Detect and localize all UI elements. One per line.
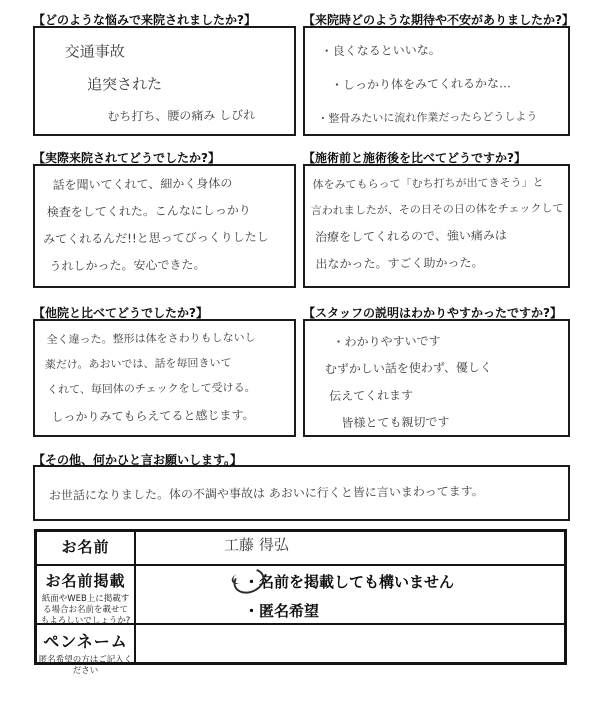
handwritten-line: うれしかった。安心できた。 (49, 258, 294, 273)
handwritten-line: ・しっかり体をみてくれるかな… (331, 77, 568, 91)
penname-row-label-cell: ペンネーム 匿名希望の方はご記入ください (37, 625, 136, 662)
handwritten-extra: お世話になりました。体の不調や事故は あおいに行くと皆に言いまわってます。 (35, 484, 568, 502)
handwritten-answer-2: ・良くなるといいな。 ・しっかり体をみてくれるかな… ・整骨みたいに流れ作業だっ… (305, 43, 569, 125)
question-box-4: 体をみてもらって「むち打ちが出てきそう」と 言われましたが、その日その日の体をチ… (303, 164, 570, 288)
handwritten-answer-1: 交通事故 追突された むち打ち、腰の痛み しびれ (35, 43, 295, 124)
handwritten-line: むずかしい話を使わず、優しく (325, 361, 568, 376)
handwritten-line: ・わかりやすいです (333, 334, 568, 348)
penname-row: ペンネーム 匿名希望の方はご記入ください (37, 623, 564, 662)
handwritten-line: くれて、毎回体のチェックをして受ける。 (47, 382, 294, 396)
handwritten-line: 検査をしてくれた。こんなにしっかり (47, 204, 294, 219)
handwritten-line: 体をみてもらって「むち打ちが出てきそう」と (313, 177, 568, 191)
handwritten-line: 話を聞いてくれて、細かく身体の (53, 177, 294, 192)
name-label: お名前 (37, 536, 134, 557)
publish-sublabel: 紙面やWEB上に掲載する場合お名前を載せてもよろしいでしょうか? (37, 594, 134, 627)
handwritten-answer-3: 話を聞いてくれて、細かく身体の 検査をしてくれた。こんなにしっかり みてくれるん… (35, 177, 295, 273)
handwritten-answer-5: 全く違った。整形は体をさわりもしないし 薬だけ。あおいでは、話を毎回きいて くれ… (35, 332, 295, 424)
hand-drawn-selection-circle (230, 564, 269, 598)
question-box-2: ・良くなるといいな。 ・しっかり体をみてくれるかな… ・整骨みたいに流れ作業だっ… (303, 26, 570, 136)
handwritten-line: みてくれるんだ!!と思ってびっくりしたし (43, 231, 294, 246)
handwritten-answer-4: 体をみてもらって「むち打ちが出てきそう」と 言われましたが、その日その日の体をチ… (305, 177, 569, 271)
option-allow-name: ・名前を掲載しても構いません (244, 571, 454, 592)
handwritten-line: 治療をしてくれるので、強い痛みは (315, 229, 568, 244)
publish-row-label-cell: お名前掲載 紙面やWEB上に掲載する場合お名前を載せてもよろしいでしょうか? (37, 566, 136, 623)
questionnaire-scan: 【どのような悩みで来院されましたか?】 交通事故 追突された むち打ち、腰の痛み… (0, 0, 600, 707)
penname-label: ペンネーム (37, 629, 134, 652)
question-box-1: 交通事故 追突された むち打ち、腰の痛み しびれ (33, 26, 296, 136)
name-table: お名前 工藤 得弘 お名前掲載 紙面やWEB上に掲載する場合お名前を載せてもよろ… (34, 529, 567, 665)
question-box-5: 全く違った。整形は体をさわりもしないし 薬だけ。あおいでは、話を毎回きいて くれ… (33, 319, 296, 437)
handwritten-line: 追突された (87, 76, 294, 93)
option-anonymous-label: ・匿名希望 (244, 602, 319, 620)
handwritten-line: 薬だけ。あおいでは、話を毎回きいて (45, 357, 294, 371)
handwritten-line: お世話になりました。体の不調や事故は あおいに行くと皆に言いまわってます。 (49, 484, 568, 501)
publish-options-cell: ・名前を掲載しても構いません ・匿名希望 (136, 566, 564, 623)
name-row: お名前 工藤 得弘 (37, 532, 564, 564)
handwritten-name: 工藤 得弘 (224, 538, 289, 554)
name-value-cell: 工藤 得弘 (136, 532, 564, 564)
handwritten-line: 言われましたが、その日その日の体をチェックして (311, 203, 568, 217)
handwritten-line: 伝えてくれます (329, 388, 568, 403)
handwritten-line: 出なかった。すごく助かった。 (315, 256, 568, 271)
handwritten-line: 交通事故 (65, 43, 294, 60)
handwritten-line: 皆様とても親切です (341, 415, 568, 429)
handwritten-line: 全く違った。整形は体をさわりもしないし (47, 332, 294, 346)
handwritten-line: ・整骨みたいに流れ作業だったらどうしよう (317, 111, 568, 125)
handwritten-line: むち打ち、腰の痛み しびれ (107, 109, 294, 123)
handwritten-line: ・良くなるといいな。 (321, 43, 568, 58)
handwritten-answer-6: ・わかりやすいです むずかしい話を使わず、優しく 伝えてくれます 皆様とても親切… (305, 334, 569, 430)
publish-row: お名前掲載 紙面やWEB上に掲載する場合お名前を載せてもよろしいでしょうか? ・… (37, 564, 564, 623)
name-row-label-cell: お名前 (37, 532, 136, 564)
question-box-3: 話を聞いてくれて、細かく身体の 検査をしてくれた。こんなにしっかり みてくれるん… (33, 164, 296, 288)
option-allow-name-label: ・名前を掲載しても構いません (244, 573, 454, 591)
option-anonymous: ・匿名希望 (244, 600, 319, 621)
penname-sublabel: 匿名希望の方はご記入ください (37, 655, 134, 677)
extra-box: お世話になりました。体の不調や事故は あおいに行くと皆に言いまわってます。 (33, 465, 570, 521)
handwritten-line: しっかりみてもらえてると感じます。 (51, 409, 294, 424)
penname-value-cell (136, 625, 564, 662)
publish-label: お名前掲載 (37, 570, 134, 591)
question-box-6: ・わかりやすいです むずかしい話を使わず、優しく 伝えてくれます 皆様とても親切… (303, 319, 570, 437)
